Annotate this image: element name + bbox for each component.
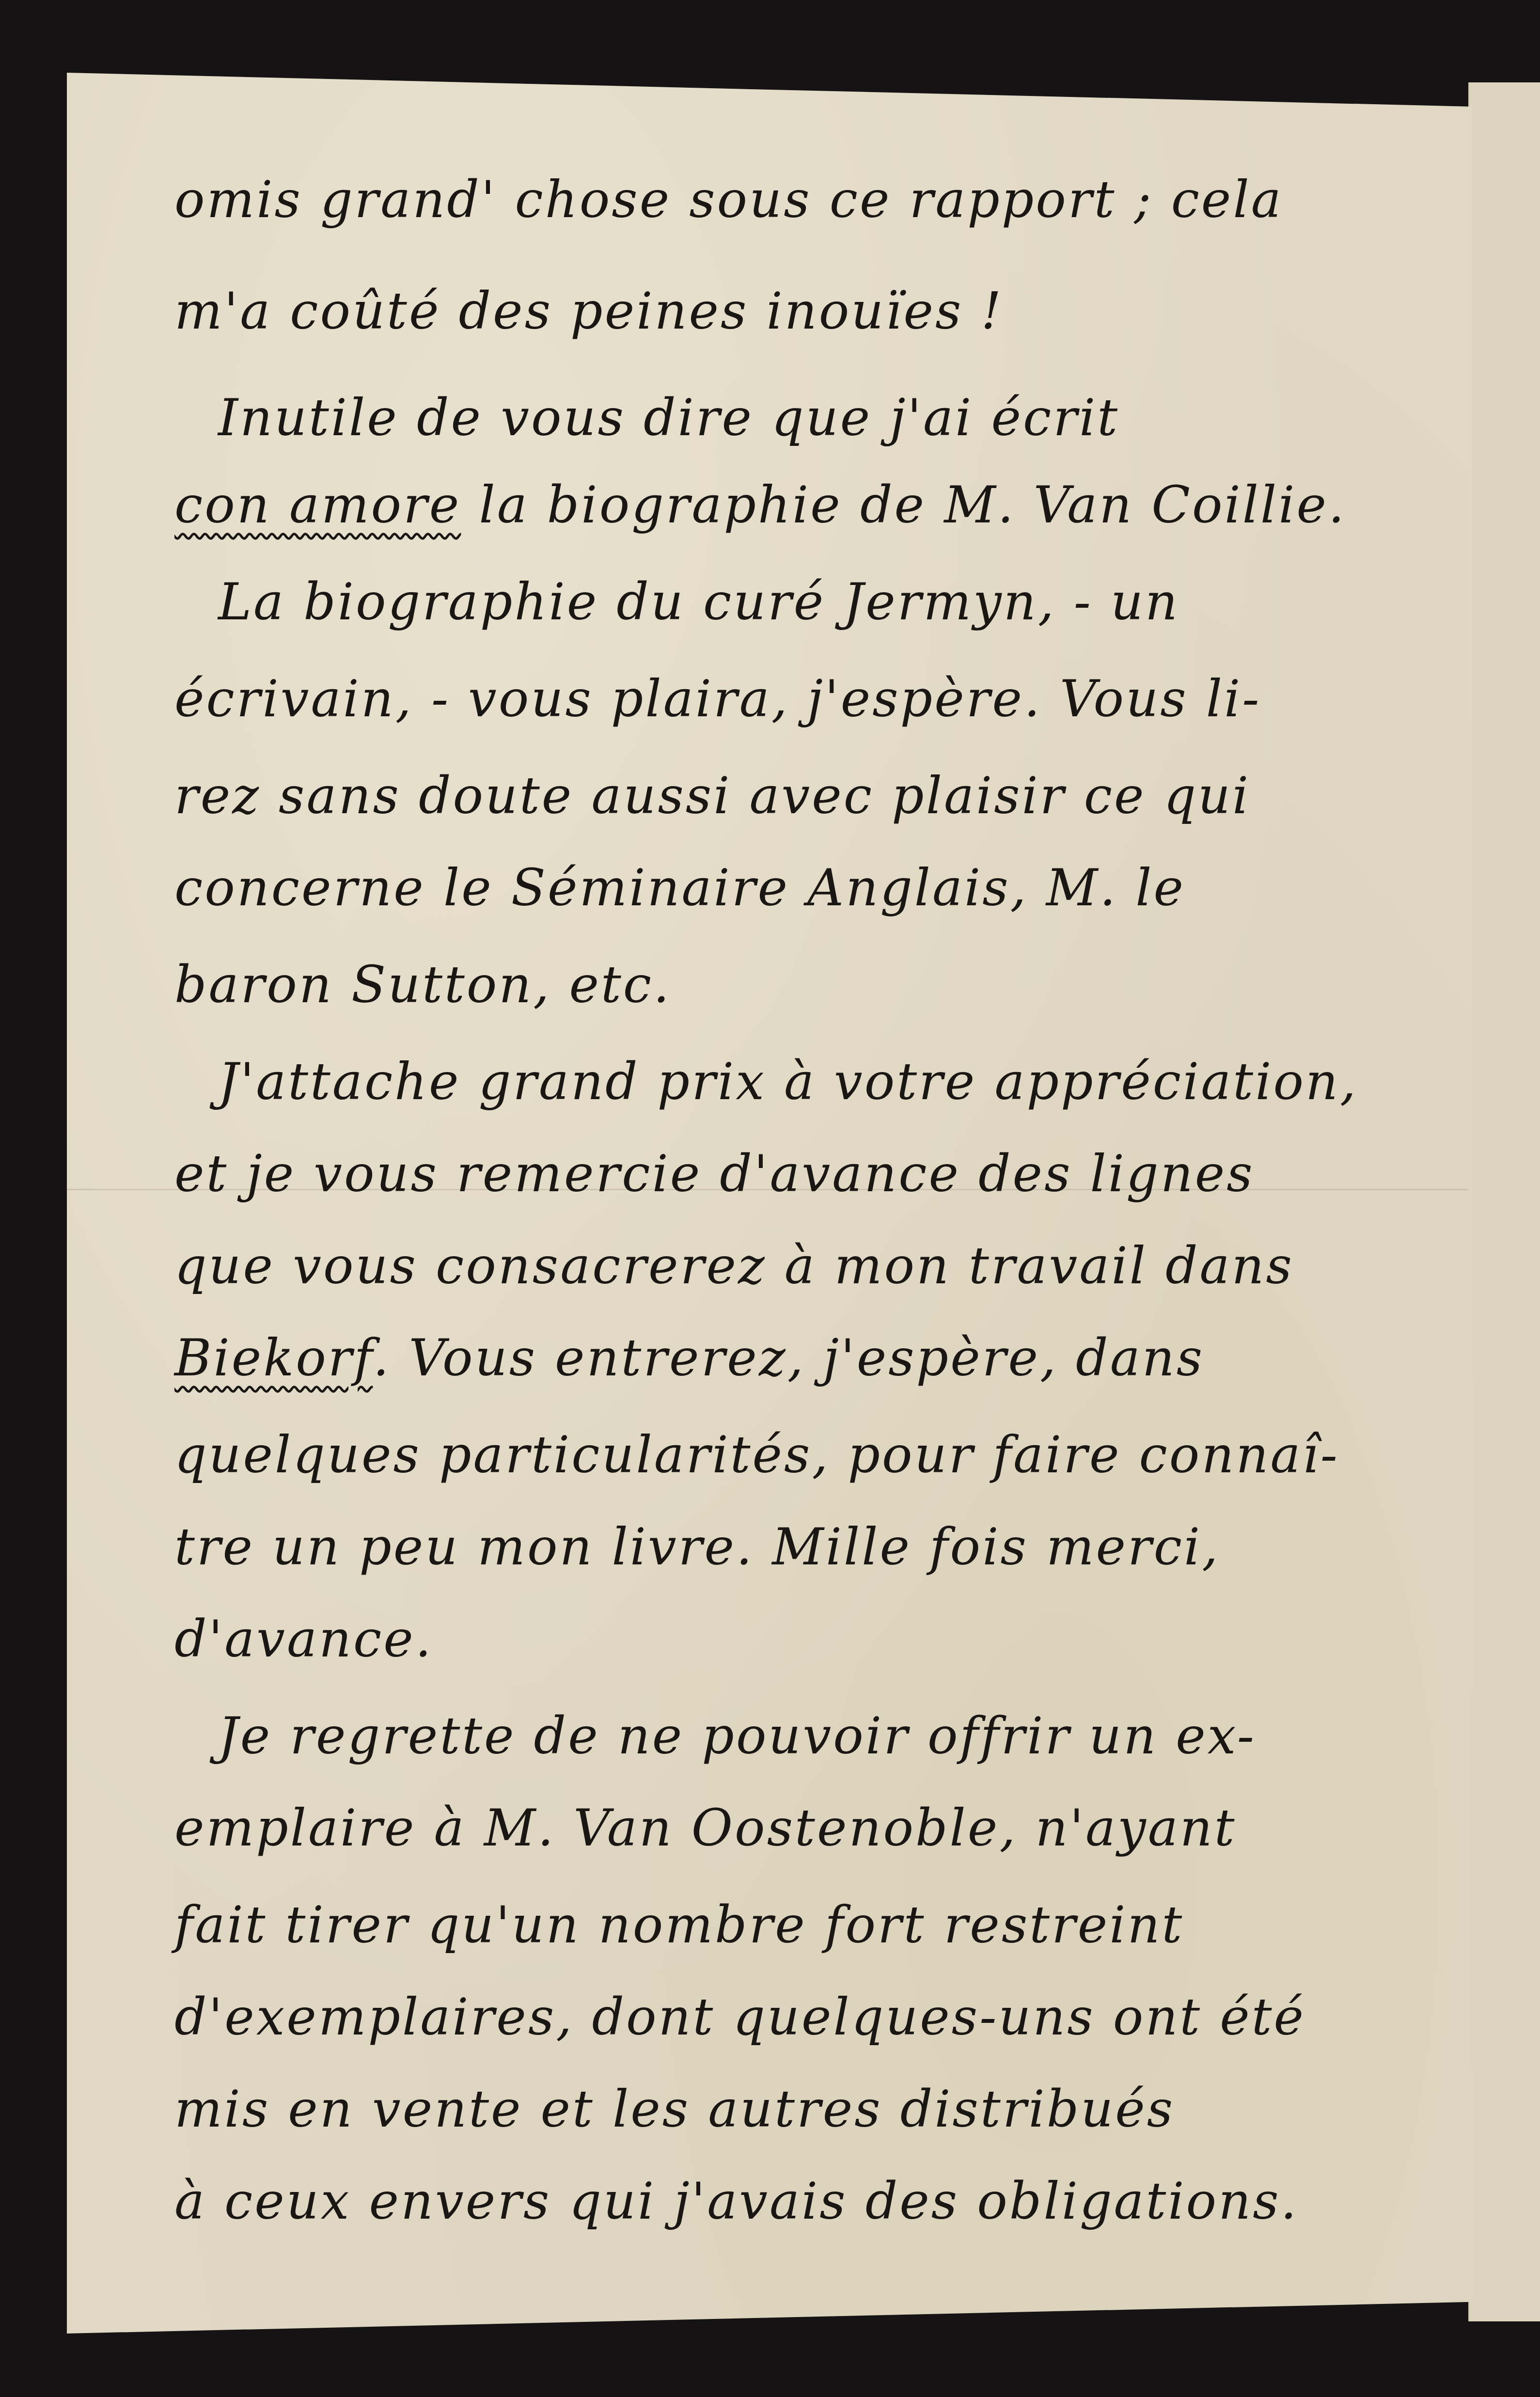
letter-line: et je vous remercie d'avance des lignes	[174, 1149, 1255, 1199]
letter-line: baron Sutton, etc.	[174, 960, 671, 1010]
letter-line: rez sans doute aussi avec plaisir ce qui	[174, 771, 1250, 821]
letter-line: écrivain, - vous plaira, j'espère. Vous …	[174, 674, 1261, 724]
letter-line: mis en vente et les autres distribués	[174, 2084, 1175, 2134]
letter-line: emplaire à M. Van Oostenoble, n'ayant	[174, 1803, 1237, 1853]
letter-line: fait tirer qu'un nombre fort restreint	[174, 1900, 1184, 1950]
letter-line: concerne le Séminaire Anglais, M. le	[174, 863, 1185, 913]
letter-line: Je regrette de ne pouvoir offrir un ex-	[218, 1711, 1256, 1761]
letter-line: con amore la biographie de M. Van Coilli…	[174, 480, 1346, 530]
letter-line: Inutile de vous dire que j'ai écrit	[218, 393, 1119, 443]
letter-line: à ceux envers qui j'avais des obligation…	[174, 2176, 1299, 2226]
letter-line: d'avance.	[174, 1614, 433, 1664]
letter-line: Biekorf. Vous entrerez, j'espère, dans	[174, 1333, 1204, 1383]
letter-line: quelques particularités, pour faire conn…	[174, 1430, 1339, 1480]
adjacent-page-edge	[1468, 82, 1540, 2321]
underlined-title-biekorf: Biekorf	[174, 1328, 373, 1388]
letter-line: La biographie du curé Jermyn, - un	[218, 577, 1179, 627]
letter-line: que vous consacrerez à mon travail dans	[174, 1241, 1294, 1291]
letter-line: J'attache grand prix à votre appréciatio…	[218, 1057, 1358, 1107]
letter-line: tre un peu mon livre. Mille fois merci,	[174, 1522, 1220, 1572]
letter-line: m'a coûté des peines inouïes !	[174, 286, 1003, 336]
letter-line: omis grand' chose sous ce rapport ; cela	[174, 174, 1283, 225]
underlined-phrase-con-amore: con amore	[174, 475, 461, 535]
line-remainder: la biographie de M. Van Coillie.	[461, 475, 1346, 535]
letter-line: d'exemplaires, dont quelques-uns ont été	[174, 1992, 1305, 2042]
line-remainder: . Vous entrerez, j'espère, dans	[373, 1328, 1204, 1388]
